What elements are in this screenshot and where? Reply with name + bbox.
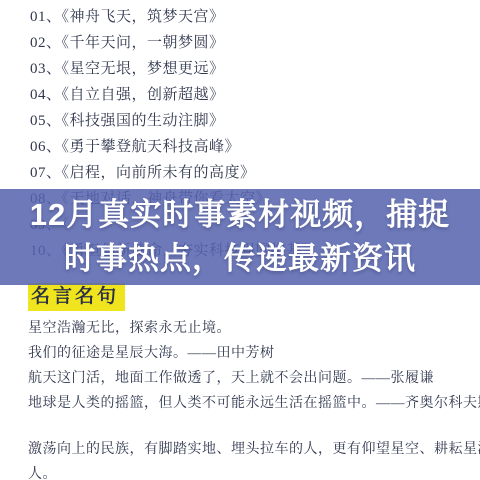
document-page: 01、《神舟飞天，筑梦天宫》 02、《千年天问，一朝梦圆》 03、《星空无垠，梦… bbox=[0, 0, 480, 480]
list-item: 04、《自立自强，创新超越》 bbox=[30, 82, 318, 108]
list-item: 06、《勇于攀登航天科技高峰》 bbox=[30, 134, 318, 160]
quotes-section-header: 名言名句 bbox=[28, 283, 125, 311]
quote-line: 人。 bbox=[28, 462, 458, 480]
list-item: 02、《千年天问，一朝梦圆》 bbox=[30, 30, 318, 56]
list-item-title: 《自立自强，创新超越》 bbox=[62, 87, 225, 103]
list-item-title: 《勇于攀登航天科技高峰》 bbox=[62, 139, 241, 155]
list-item-number: 07、 bbox=[30, 165, 62, 181]
list-item-number: 06、 bbox=[30, 139, 62, 155]
quote-line: 航天这门活，地面工作做透了，天上就不会出问题。——张履谦 bbox=[28, 366, 458, 391]
banner-title-line1: 12月真实时事素材视频，捕捉 bbox=[30, 193, 450, 237]
list-item-number: 01、 bbox=[30, 9, 62, 25]
list-item-number: 05、 bbox=[30, 113, 62, 129]
list-item-title: 《科技强国的生动注脚》 bbox=[62, 113, 225, 129]
quote-line: 地球是人类的摇篮，但人类不可能永远生活在摇篮中。——齐奥尔科夫斯基 bbox=[28, 391, 458, 416]
list-item-number: 04、 bbox=[30, 87, 62, 103]
list-item-number: 02、 bbox=[30, 35, 62, 51]
list-item-number: 03、 bbox=[30, 61, 62, 77]
list-item-title: 《启程，向前所未有的高度》 bbox=[62, 165, 256, 181]
banner-title-line2: 时事热点，传递最新资讯 bbox=[64, 237, 416, 281]
list-item-title: 《神舟飞天，筑梦天宫》 bbox=[62, 9, 225, 25]
list-item: 05、《科技强国的生动注脚》 bbox=[30, 108, 318, 134]
list-item: 07、《启程，向前所未有的高度》 bbox=[30, 160, 318, 186]
list-item: 01、《神舟飞天，筑梦天宫》 bbox=[30, 4, 318, 30]
quote-line: 激荡向上的民族，有脚踏实地、埋头拉车的人，更有仰望星空、耕耘星海的 bbox=[28, 437, 458, 462]
quotes-section: 名言名句 星空浩瀚无比，探索永无止境。 我们的征途是星辰大海。——田中芳树 航天… bbox=[28, 283, 458, 480]
quote-line: 星空浩瀚无比，探索永无止境。 bbox=[28, 316, 458, 341]
list-item-title: 《千年天问，一朝梦圆》 bbox=[62, 35, 225, 51]
quote-line: 我们的征途是星辰大海。——田中芳树 bbox=[28, 341, 458, 366]
list-item: 03、《星空无垠，梦想更远》 bbox=[30, 56, 318, 82]
title-banner: 12月真实时事素材视频，捕捉 时事热点，传递最新资讯 bbox=[0, 189, 480, 285]
list-item-title: 《星空无垠，梦想更远》 bbox=[62, 61, 225, 77]
